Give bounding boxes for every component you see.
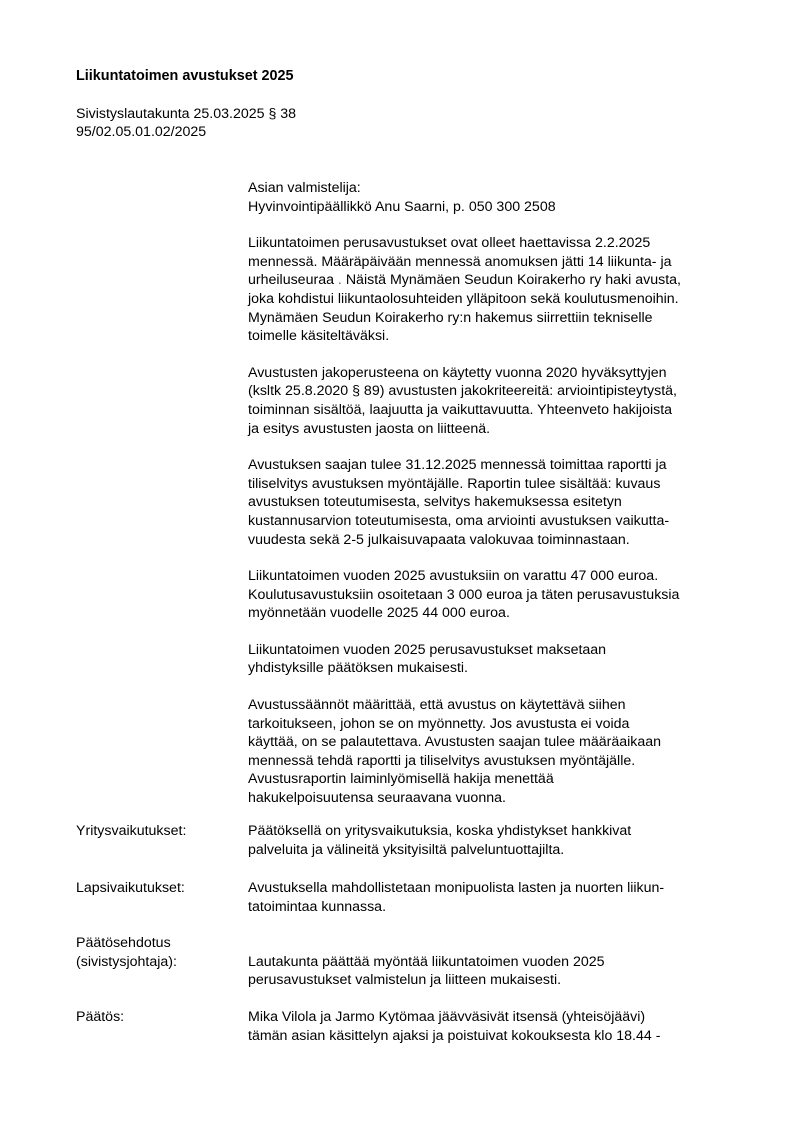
section-line: Lautakunta päättää myöntää liikuntatoime… bbox=[248, 953, 605, 972]
paragraph-line: vuudesta sekä 2-5 julkaisuvapaata valoku… bbox=[248, 531, 748, 550]
paragraph-line: mennessä tehdä raportti ja tiliselvitys … bbox=[248, 752, 748, 771]
section-line: Mika Vilola ja Jarmo Kytömaa jäävväsivät… bbox=[248, 1008, 660, 1027]
section-label: Lapsivaikutukset: bbox=[76, 879, 185, 898]
paragraph-line: Mynämäen Seudun Koirakerho ry:n hakemus … bbox=[248, 309, 748, 328]
preparer-block: Asian valmistelija: Hyvinvointipäällikkö… bbox=[248, 179, 748, 216]
line-segment: Näistä Mynämäen Seudun Koirakerho ry hak… bbox=[346, 272, 681, 288]
highlighted-period: . bbox=[334, 272, 346, 288]
paragraph-criteria: Avustusten jakoperusteena on käytetty vu… bbox=[248, 364, 748, 438]
paragraph-line: toiminnan sisältöä, laajuutta ja vaikutt… bbox=[248, 401, 748, 420]
section-line: Avustuksella mahdollistetaan monipuolist… bbox=[248, 879, 664, 898]
paragraph-reporting: Avustuksen saajan tulee 31.12.2025 menne… bbox=[248, 456, 748, 549]
paragraph-line: Liikuntatoimen perusavustukset ovat olle… bbox=[248, 234, 748, 253]
section-line: tatoimintaa kunnassa. bbox=[248, 898, 664, 917]
paragraph-line: käyttää, on se palautettava. Avustusten … bbox=[248, 733, 748, 752]
paragraph-line: kustannusarvion toteutumisesta, oma arvi… bbox=[248, 512, 748, 531]
paragraph-line: tiliselvitys avustuksen myöntäjälle. Rap… bbox=[248, 475, 748, 494]
section-text: Lautakunta päättää myöntää liikuntatoime… bbox=[248, 953, 605, 990]
section-label-line: Päätösehdotus bbox=[76, 934, 177, 953]
paragraph-line: (ksltk 25.8.2020 § 89) avustusten jakokr… bbox=[248, 382, 748, 401]
paragraph-line: myönnetään vuodelle 2025 44 000 euroa. bbox=[248, 604, 748, 623]
document-meta: Sivistyslautakunta 25.03.2025 § 38 95/02… bbox=[76, 106, 296, 141]
document-body: Asian valmistelija: Hyvinvointipäällikkö… bbox=[248, 179, 748, 826]
paragraph-line: Avustuksen saajan tulee 31.12.2025 menne… bbox=[248, 456, 748, 475]
paragraph-line: hakukelpoisuutensa seuraavana vuonna. bbox=[248, 789, 748, 808]
section-line: Päätöksellä on yritysvaikutuksia, koska … bbox=[248, 822, 631, 841]
paragraph-line: Avustussäännöt määrittää, että avustus o… bbox=[248, 696, 748, 715]
section-text: Päätöksellä on yritysvaikutuksia, koska … bbox=[248, 822, 631, 859]
meeting-reference: Sivistyslautakunta 25.03.2025 § 38 bbox=[76, 106, 296, 124]
document-title: Liikuntatoimen avustukset 2025 bbox=[76, 68, 294, 84]
section-text: Mika Vilola ja Jarmo Kytömaa jäävväsivät… bbox=[248, 1008, 660, 1045]
section-label: Päätösehdotus (sivistysjohtaja): bbox=[76, 934, 177, 971]
section-line: palveluita ja välineitä yksityisiltä pal… bbox=[248, 841, 631, 860]
record-number: 95/02.05.01.02/2025 bbox=[76, 124, 296, 142]
paragraph-line: urheiluseuraa . Näistä Mynämäen Seudun K… bbox=[248, 271, 748, 290]
paragraph-line: Avustusten jakoperusteena on käytetty vu… bbox=[248, 364, 748, 383]
paragraph-line: ja esitys avustusten jaosta on liitteenä… bbox=[248, 420, 748, 439]
paragraph-payment: Liikuntatoimen vuoden 2025 perusavustuks… bbox=[248, 641, 748, 678]
paragraph-line: avustuksen toteutumisesta, selvitys hake… bbox=[248, 493, 748, 512]
paragraph-line: toimelle käsiteltäväksi. bbox=[248, 327, 748, 346]
section-label: Yritysvaikutukset: bbox=[76, 822, 186, 841]
paragraph-line: Liikuntatoimen vuoden 2025 perusavustuks… bbox=[248, 641, 748, 660]
section-label: Päätös: bbox=[76, 1008, 124, 1027]
paragraph-line: yhdistyksille päätöksen mukaisesti. bbox=[248, 659, 748, 678]
paragraph-line: Liikuntatoimen vuoden 2025 avustuksiin o… bbox=[248, 567, 748, 586]
paragraph-line: Avustusraportin laiminlyömisellä hakija … bbox=[248, 770, 748, 789]
line-segment: urheiluseuraa bbox=[248, 272, 334, 288]
preparer-name: Hyvinvointipäällikkö Anu Saarni, p. 050 … bbox=[248, 198, 748, 217]
section-text: Avustuksella mahdollistetaan monipuolist… bbox=[248, 879, 664, 916]
section-line: tämän asian käsittelyn ajaksi ja poistui… bbox=[248, 1027, 660, 1046]
preparer-label: Asian valmistelija: bbox=[248, 179, 748, 198]
paragraph-line: joka kohdistui liikuntaolosuhteiden yllä… bbox=[248, 290, 748, 309]
paragraph-line: Koulutusavustuksiin osoitetaan 3 000 eur… bbox=[248, 586, 748, 605]
section-line: perusavustukset valmistelun ja liitteen … bbox=[248, 971, 605, 990]
paragraph-line: mennessä. Määräpäivään mennessä anomukse… bbox=[248, 253, 748, 272]
section-label-line: (sivistysjohtaja): bbox=[76, 953, 177, 972]
paragraph-applications: Liikuntatoimen perusavustukset ovat olle… bbox=[248, 234, 748, 346]
paragraph-line: tarkoitukseen, johon se on myönnetty. Jo… bbox=[248, 715, 748, 734]
paragraph-budget: Liikuntatoimen vuoden 2025 avustuksiin o… bbox=[248, 567, 748, 623]
paragraph-rules: Avustussäännöt määrittää, että avustus o… bbox=[248, 696, 748, 808]
